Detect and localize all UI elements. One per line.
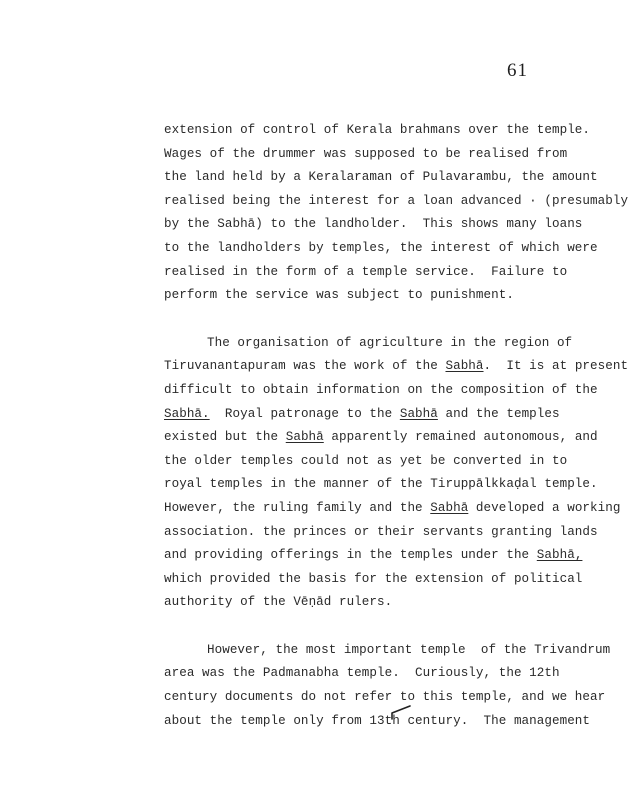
text-segment: by the Sabhā) to the landholder. This sh… xyxy=(164,217,582,231)
underlined-term: Sabhā, xyxy=(537,548,583,562)
text-line: association. the princes or their servan… xyxy=(164,521,624,545)
text-segment: area was the Padmanabha temple. Curiousl… xyxy=(164,666,560,680)
underlined-term: Sabhā xyxy=(286,430,324,444)
text-segment: existed but the xyxy=(164,430,286,444)
text-segment: difficult to obtain information on the c… xyxy=(164,383,598,397)
text-segment: and providing offerings in the temples u… xyxy=(164,548,537,562)
document-body: extension of control of Kerala brahmans … xyxy=(164,119,624,733)
underlined-term: Sabhā xyxy=(400,407,438,421)
text-segment: Royal patronage to the xyxy=(210,407,400,421)
text-segment: realised being the interest for a loan a… xyxy=(164,194,628,208)
text-segment: century documents do not refer to this t… xyxy=(164,690,605,704)
paragraph-gap xyxy=(164,308,624,332)
text-segment: However, the most important temple of th… xyxy=(207,643,610,657)
paragraph: extension of control of Kerala brahmans … xyxy=(164,119,624,308)
text-line: perform the service was subject to punis… xyxy=(164,284,624,308)
text-line: area was the Padmanabha temple. Curiousl… xyxy=(164,662,624,686)
text-line: However, the ruling family and the Sabhā… xyxy=(164,497,624,521)
text-line: which provided the basis for the extensi… xyxy=(164,568,624,592)
text-line: Wages of the drummer was supposed to be … xyxy=(164,143,624,167)
text-line: to the landholders by temples, the inter… xyxy=(164,237,624,261)
text-segment: authority of the Vēṇād rulers. xyxy=(164,595,392,609)
text-line: existed but the Sabhā apparently remaine… xyxy=(164,426,624,450)
text-line: The organisation of agriculture in the r… xyxy=(164,332,624,356)
text-line: realised in the form of a temple service… xyxy=(164,261,624,285)
text-line: by the Sabhā) to the landholder. This sh… xyxy=(164,213,624,237)
text-line: the older temples could not as yet be co… xyxy=(164,450,624,474)
underlined-term: Sabhā xyxy=(445,359,483,373)
text-segment: royal temples in the manner of the Tirup… xyxy=(164,477,598,491)
text-line: Sabhā. Royal patronage to the Sabhā and … xyxy=(164,403,624,427)
text-segment: about the temple only from 13th century.… xyxy=(164,714,590,728)
text-line: and providing offerings in the temples u… xyxy=(164,544,624,568)
paragraph: The organisation of agriculture in the r… xyxy=(164,332,624,615)
text-line: the land held by a Keralaraman of Pulava… xyxy=(164,166,624,190)
text-line: However, the most important temple of th… xyxy=(164,639,624,663)
text-line: authority of the Vēṇād rulers. xyxy=(164,591,624,615)
text-segment: extension of control of Kerala brahmans … xyxy=(164,123,590,137)
text-segment: realised in the form of a temple service… xyxy=(164,265,567,279)
page-number: 61 xyxy=(507,60,528,82)
text-line: extension of control of Kerala brahmans … xyxy=(164,119,624,143)
text-segment: perform the service was subject to punis… xyxy=(164,288,514,302)
underlined-term: Sabhā xyxy=(430,501,468,515)
text-line: Tiruvanantapuram was the work of the Sab… xyxy=(164,355,624,379)
text-segment: apparently remained autonomous, and xyxy=(324,430,598,444)
text-line: difficult to obtain information on the c… xyxy=(164,379,624,403)
text-segment: Wages of the drummer was supposed to be … xyxy=(164,147,567,161)
paragraph-gap xyxy=(164,615,624,639)
text-segment: which provided the basis for the extensi… xyxy=(164,572,582,586)
pen-check-mark-icon xyxy=(390,705,412,721)
text-line: royal temples in the manner of the Tirup… xyxy=(164,473,624,497)
text-line: realised being the interest for a loan a… xyxy=(164,190,624,214)
text-segment: to the landholders by temples, the inter… xyxy=(164,241,598,255)
text-segment: the land held by a Keralaraman of Pulava… xyxy=(164,170,598,184)
text-segment: developed a working xyxy=(468,501,620,515)
text-segment: and the temples xyxy=(438,407,560,421)
text-segment: Tiruvanantapuram was the work of the xyxy=(164,359,445,373)
text-segment: association. the princes or their servan… xyxy=(164,525,598,539)
text-segment: . It is at present xyxy=(484,359,629,373)
text-segment: The organisation of agriculture in the r… xyxy=(207,336,572,350)
text-segment: the older temples could not as yet be co… xyxy=(164,454,567,468)
text-segment: However, the ruling family and the xyxy=(164,501,430,515)
underlined-term: Sabhā. xyxy=(164,407,210,421)
